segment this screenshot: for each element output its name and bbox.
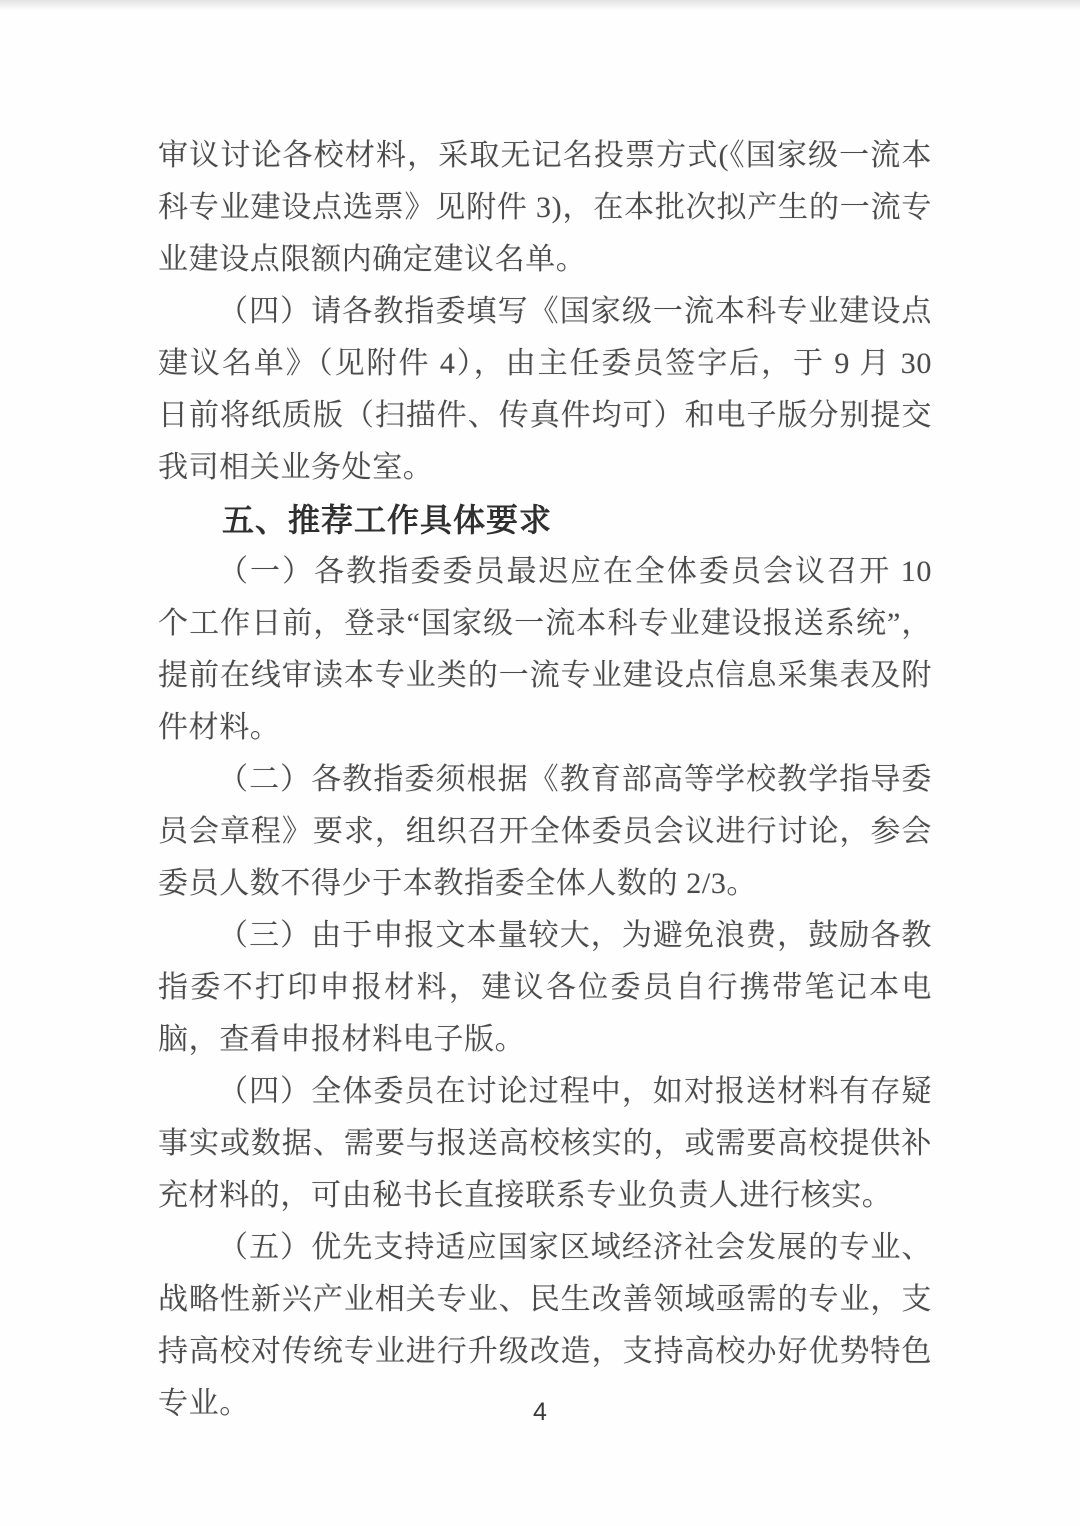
page-number: 4 <box>0 1398 1080 1427</box>
paragraph-item-2: （二）各教指委须根据《教育部高等学校教学指导委员会章程》要求，组织召开全体委员会… <box>158 754 932 910</box>
paragraph-item-4: （四）全体委员在讨论过程中，如对报送材料有存疑事实或数据、需要与报送高校核实的，… <box>158 1066 932 1222</box>
paragraph-item-3: （三）由于申报文本量较大，为避免浪费，鼓励各教指委不打印申报材料，建议各位委员自… <box>158 910 932 1066</box>
paragraph-item-4-submit-list: （四）请各教指委填写《国家级一流本科专业建设点建议名单》（见附件 4），由主任委… <box>158 286 932 494</box>
scan-edge-shadow <box>0 0 1080 10</box>
paragraph-item-1: （一）各教指委委员最迟应在全体委员会议召开 10 个工作日前，登录“国家级一流本… <box>158 546 932 754</box>
document-page: 审议讨论各校材料，采取无记名投票方式(《国家级一流本科专业建设点选票》见附件 3… <box>158 130 932 1430</box>
section-heading: 五、推荐工作具体要求 <box>158 494 932 546</box>
paragraph-continuation: 审议讨论各校材料，采取无记名投票方式(《国家级一流本科专业建设点选票》见附件 3… <box>158 130 932 286</box>
